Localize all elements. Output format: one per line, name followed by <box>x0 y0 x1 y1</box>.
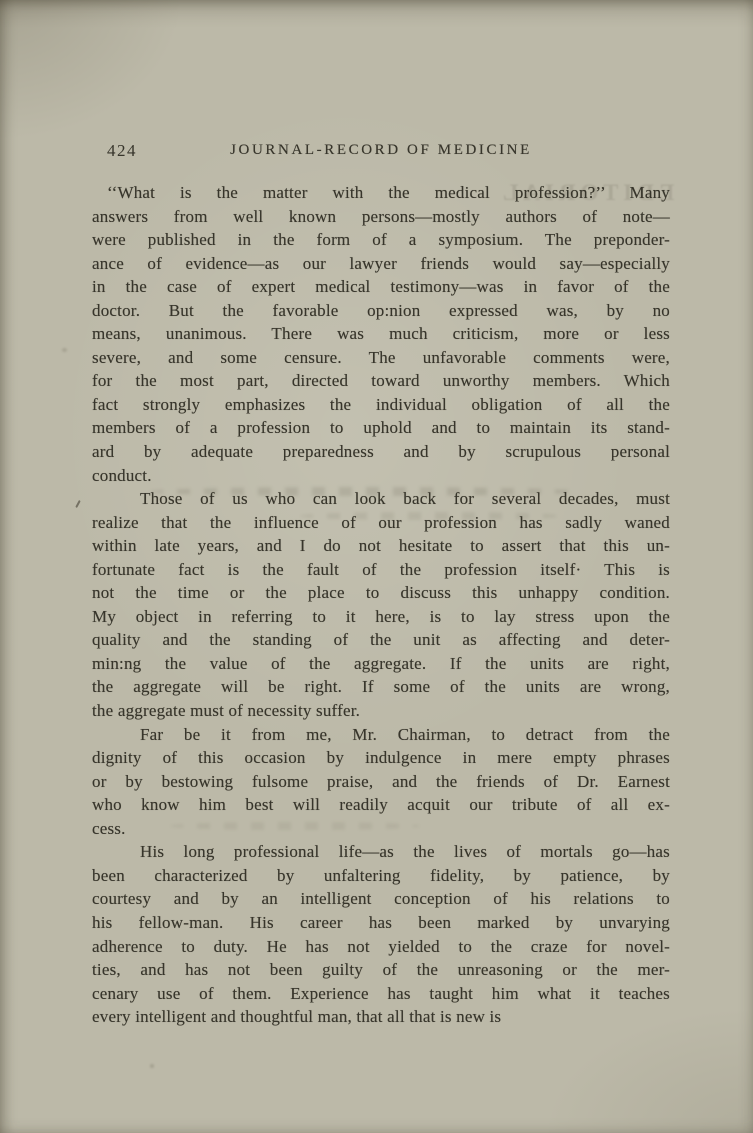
text-line: ard by adequate preparedness and by scru… <box>92 442 670 466</box>
text-line: the aggregate must of necessity suffer. <box>92 701 670 725</box>
text-line: min:ng the value of the aggregate. If th… <box>92 654 670 678</box>
text-line: who know him best will readily acquit ou… <box>92 795 670 819</box>
text-line: Far be it from me, Mr. Chairman, to detr… <box>92 725 670 749</box>
text-line: ties, and has not been guilty of the unr… <box>92 960 670 984</box>
scanned-book-page: 424 JOURNAL-RECORD OF MEDICINE EDITORIAL… <box>0 0 753 1133</box>
text-line: ‘‘What is the matter with the medical pr… <box>92 183 670 207</box>
text-line: every intelligent and thoughtful man, th… <box>92 1007 670 1031</box>
paragraph: Those of us who can look back for severa… <box>92 489 670 724</box>
text-line: his fellow-man. His career has been mark… <box>92 913 670 937</box>
text-line: doctor. But the favorable op:nion expres… <box>92 301 670 325</box>
text-line: fortunate fact is the fault of the profe… <box>92 560 670 584</box>
paper-speck <box>150 1064 154 1068</box>
text-line: My object in referring to it here, is to… <box>92 607 670 631</box>
text-line: ance of evidence—as our lawyer friends w… <box>92 254 670 278</box>
text-line: His long professional life—as the lives … <box>92 842 670 866</box>
text-line: members of a profession to uphold and to… <box>92 418 670 442</box>
paragraph: ‘‘What is the matter with the medical pr… <box>92 183 670 489</box>
paper-speck <box>62 348 67 352</box>
text-line: for the most part, directed toward unwor… <box>92 371 670 395</box>
paragraph: His long professional life—as the lives … <box>92 842 670 1030</box>
text-line: means, unanimous. There was much critici… <box>92 324 670 348</box>
text-line: Those of us who can look back for severa… <box>92 489 670 513</box>
text-line: realize that the influence of our profes… <box>92 513 670 537</box>
text-line: conduct. <box>92 466 670 490</box>
text-line: or by bestowing fulsome praise, and the … <box>92 772 670 796</box>
text-line: in the case of expert medical testimony—… <box>92 277 670 301</box>
text-line: cess. <box>92 819 670 843</box>
text-line: were published in the form of a symposiu… <box>92 230 670 254</box>
text-line: the aggregate will be right. If some of … <box>92 677 670 701</box>
text-line: quality and the standing of the unit as … <box>92 630 670 654</box>
text-line: adherence to duty. He has not yielded to… <box>92 937 670 961</box>
running-title: JOURNAL-RECORD OF MEDICINE <box>92 141 670 159</box>
page-number: 424 <box>107 141 137 161</box>
paragraph: Far be it from me, Mr. Chairman, to detr… <box>92 725 670 843</box>
text-block: ‘‘What is the matter with the medical pr… <box>92 183 670 1031</box>
text-line: within late years, and I do not hesitate… <box>92 536 670 560</box>
text-line: dignity of this occasion by indulgence i… <box>92 748 670 772</box>
text-line: been characterized by unfaltering fideli… <box>92 866 670 890</box>
text-line: cenary use of them. Experience has taugh… <box>92 984 670 1008</box>
text-line: answers from well known persons—mostly a… <box>92 207 670 231</box>
text-line: courtesy and by an intelligent conceptio… <box>92 889 670 913</box>
page-header: 424 JOURNAL-RECORD OF MEDICINE <box>92 141 670 163</box>
scan-artifact-mark <box>75 500 81 508</box>
text-line: not the time or the place to discuss thi… <box>92 583 670 607</box>
text-line: severe, and some censure. The unfavorabl… <box>92 348 670 372</box>
text-line: fact strongly emphasizes the individual … <box>92 395 670 419</box>
